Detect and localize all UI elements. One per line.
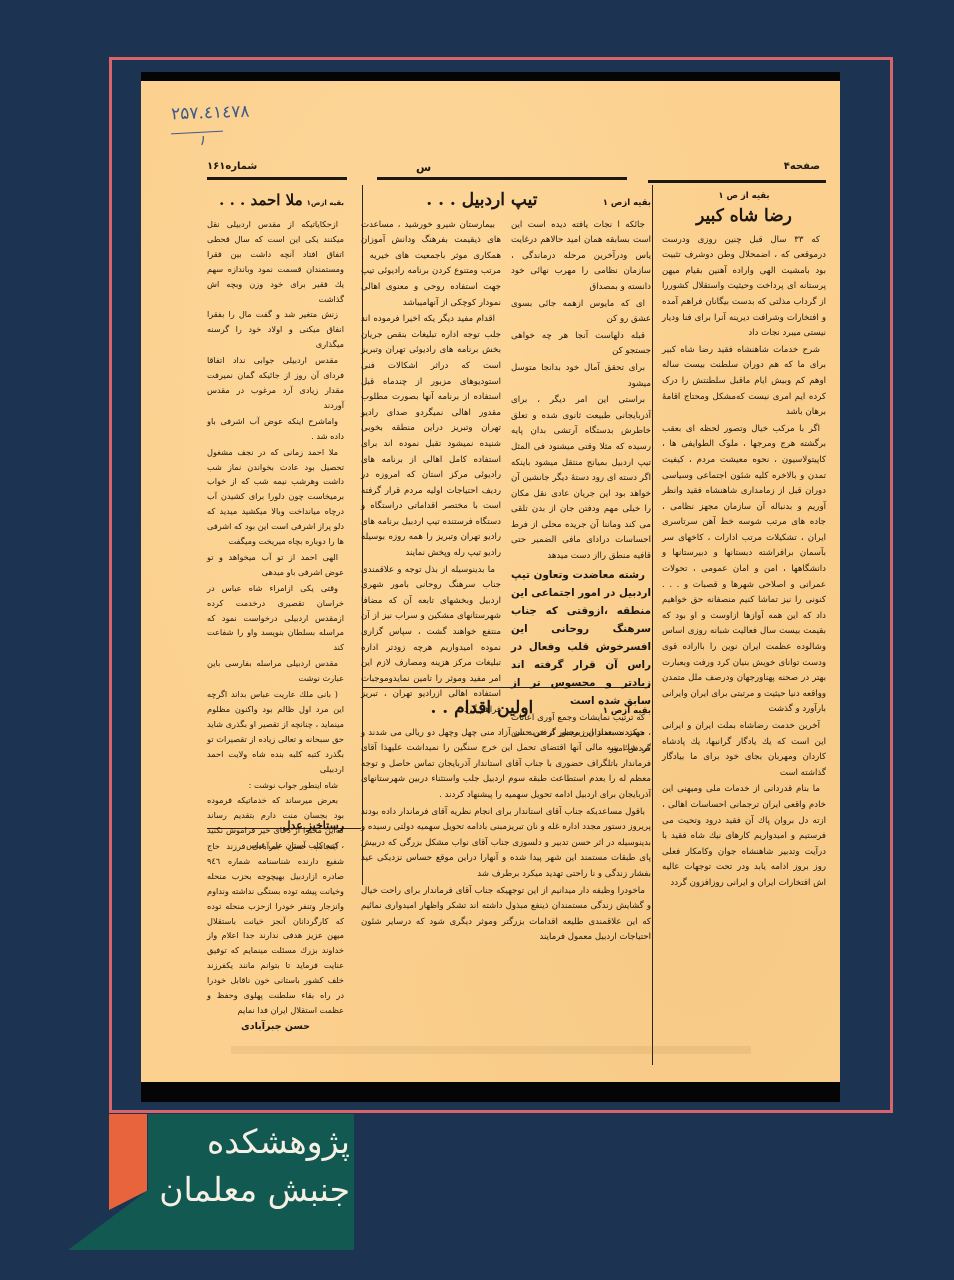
header-rule-right (648, 180, 826, 183)
article-paragraph: باقول مساعدیکه جناب آقای استاندار برای ا… (361, 805, 651, 883)
article-title: تیپ اردبیل . . . (361, 189, 603, 211)
article-header: بقیه ازص ۱ اولین اقدام . . (361, 697, 651, 720)
article-paragraph: براستی این امر دیگر ، برای آذربایجانی طب… (511, 393, 651, 565)
article-paragraph: ازحکایاتیکه از مقدس اردبیلی نقل میکنند ی… (207, 217, 344, 306)
article-paragraph: الهی احمد از تو آب میخواهد و تو عوض اشرف… (207, 550, 344, 580)
poem-line: قبله دلهاست آنجا هر چه خواهی جستجو کن (511, 329, 651, 360)
archive-underline (171, 131, 223, 135)
article-paragraph: ( بانی ملك عاریت عباس بداند اگرچه این مر… (207, 687, 344, 776)
article-paragraph: میکردند بعداز این مجبور از خرید نان آزاد… (361, 726, 651, 804)
continued-label: بقیه ازص ۱ (603, 704, 651, 720)
article-paragraph: ما بنام قدردانی از خدمات ملی ومیهنی این … (662, 782, 826, 891)
article-paragraph: که ۳۳ سال قبل چنین روزی ودرست درموقعی که… (662, 233, 826, 342)
article-paragraph: اینجانب حسن جبرآبادی فرزند حاج شفیع دارن… (207, 839, 344, 1018)
header-rule-mid (377, 177, 627, 180)
issue-number: شماره۱۶۱ (207, 161, 257, 172)
page-number: صفحه۴ (784, 161, 820, 172)
article-molla-ahmad: بقیه ازص۱ ملا احمد . . . ازحکایاتیکه از … (207, 189, 344, 854)
bold-paragraph: رشته معاضدت وتعاون تیپ اردبیل در امور اج… (511, 566, 651, 710)
continued-label: بقیه ازص ۱ (603, 196, 651, 212)
signature: حسن جبرآبادی (207, 1020, 344, 1035)
article-paragraph: مقدس اردبیلی جوابی نداد اتفاقا فردای آن … (207, 353, 344, 413)
article-title: رستاخیز عدل (207, 819, 344, 833)
article-title: اولین اقدام . . (361, 697, 603, 719)
article-paragraph: واماشرح اینکه عوض آب اشرفی باو داده شد . (207, 414, 344, 444)
masthead-center-mark: س (416, 161, 431, 174)
article-paragraph: اقدام مفید دیگر یکه اخیرا فرموده اند جلب… (361, 312, 501, 562)
article-paragraph: بیمارستان شیرو خورشید ، مساعدت های ذیقیم… (361, 218, 501, 312)
continued-label: بقیه از ص ۱ (662, 189, 826, 205)
article-paragraph: آخرین خدمت رضاشاه بملت ایران و ایرانی ای… (662, 719, 826, 781)
article-paragraph: زنش متغیر شد و گفت مال را بفقرا انفاق می… (207, 307, 344, 352)
article-title: رضا شاه کبیر (662, 205, 826, 227)
archive-number-stamp: ۲۵۷.٤١٤٧٨ (171, 102, 250, 125)
logo-line-1: پژوهشکده (150, 1118, 350, 1166)
article-paragraph: ما بدینوسیله از بذل توجه و علاقمندی جناب… (361, 563, 501, 719)
torn-bottom-edge (141, 1082, 840, 1102)
article-paragraph: شاه اینطور جواب نوشت : (207, 778, 344, 793)
publisher-logo: پژوهشکده جنبش معلمان (150, 1118, 350, 1214)
article-subcolumn-right: جائکه ا نجات یافته دیده است این است بساب… (511, 218, 651, 759)
article-paragraph: مقدس اردبیلی مراسله بفارسی باین عبارت نو… (207, 656, 344, 686)
header-rule-left (207, 177, 347, 180)
article-paragraph: اگر با مرکب خیال وتصور لحظه ای بعقب برگش… (662, 422, 826, 718)
continued-label: بقیه ازص۱ (307, 196, 344, 211)
article-paragraph: جائکه ا نجات یافته دیده است این است بساب… (511, 218, 651, 296)
newspaper-paper: ۲۵۷.٤١٤٧٨ ١ صفحه۴ س شماره۱۶۱ بقیه از ص ۱… (141, 81, 840, 1082)
column-divider-right (652, 185, 653, 1065)
article-subcolumn-left: بیمارستان شیرو خورشید ، مساعدت های ذیقیم… (361, 218, 501, 759)
logo-line-2: جنبش معلمان (150, 1166, 350, 1214)
article-paragraph: برای تحقق آمال خود بدانجا متوسل میشود (511, 361, 651, 392)
article-title: ملا احمد . . . (219, 189, 303, 211)
poem-line: ای که مایوس ازهمه جائی بسوی عشق رو کن (511, 297, 651, 328)
article-header: بقیه ازص ۱ تیپ اردبیل . . . (361, 189, 651, 212)
archive-sub-number: ١ (196, 132, 209, 150)
article-paragraph: ماخودرا وظیفه دار میدانیم از این توجهیکه… (361, 884, 651, 946)
article-tip-ardabil: بقیه ازص ۱ تیپ اردبیل . . . جائکه ا نجات… (361, 189, 651, 758)
article-paragraph: شرح خدمات شاهنشاه فقید رضا شاه کبیر برای… (662, 343, 826, 421)
faint-bleed-through (231, 1046, 751, 1054)
article-paragraph: ملا احمد زمانی که در نجف مشغول تحصیل بود… (207, 445, 344, 549)
scanned-newspaper-page: ۲۵۷.٤١٤٧٨ ١ صفحه۴ س شماره۱۶۱ بقیه از ص ۱… (141, 72, 840, 1102)
article-reza-shah: بقیه از ص ۱ رضا شاه کبیر که ۳۳ سال قبل چ… (662, 189, 826, 893)
article-rastakhiz-adl: رستاخیز عدل اینجانب حسن جبرآبادی فرزند ح… (207, 819, 344, 1035)
article-avalin-eqdam: بقیه ازص ۱ اولین اقدام . . میکردند بعداز… (361, 697, 651, 947)
article-paragraph: وقتی یکی ازامراء شاه عباس در خراسان تقصی… (207, 581, 344, 656)
article-header: بقیه ازص۱ ملا احمد . . . (207, 189, 344, 211)
